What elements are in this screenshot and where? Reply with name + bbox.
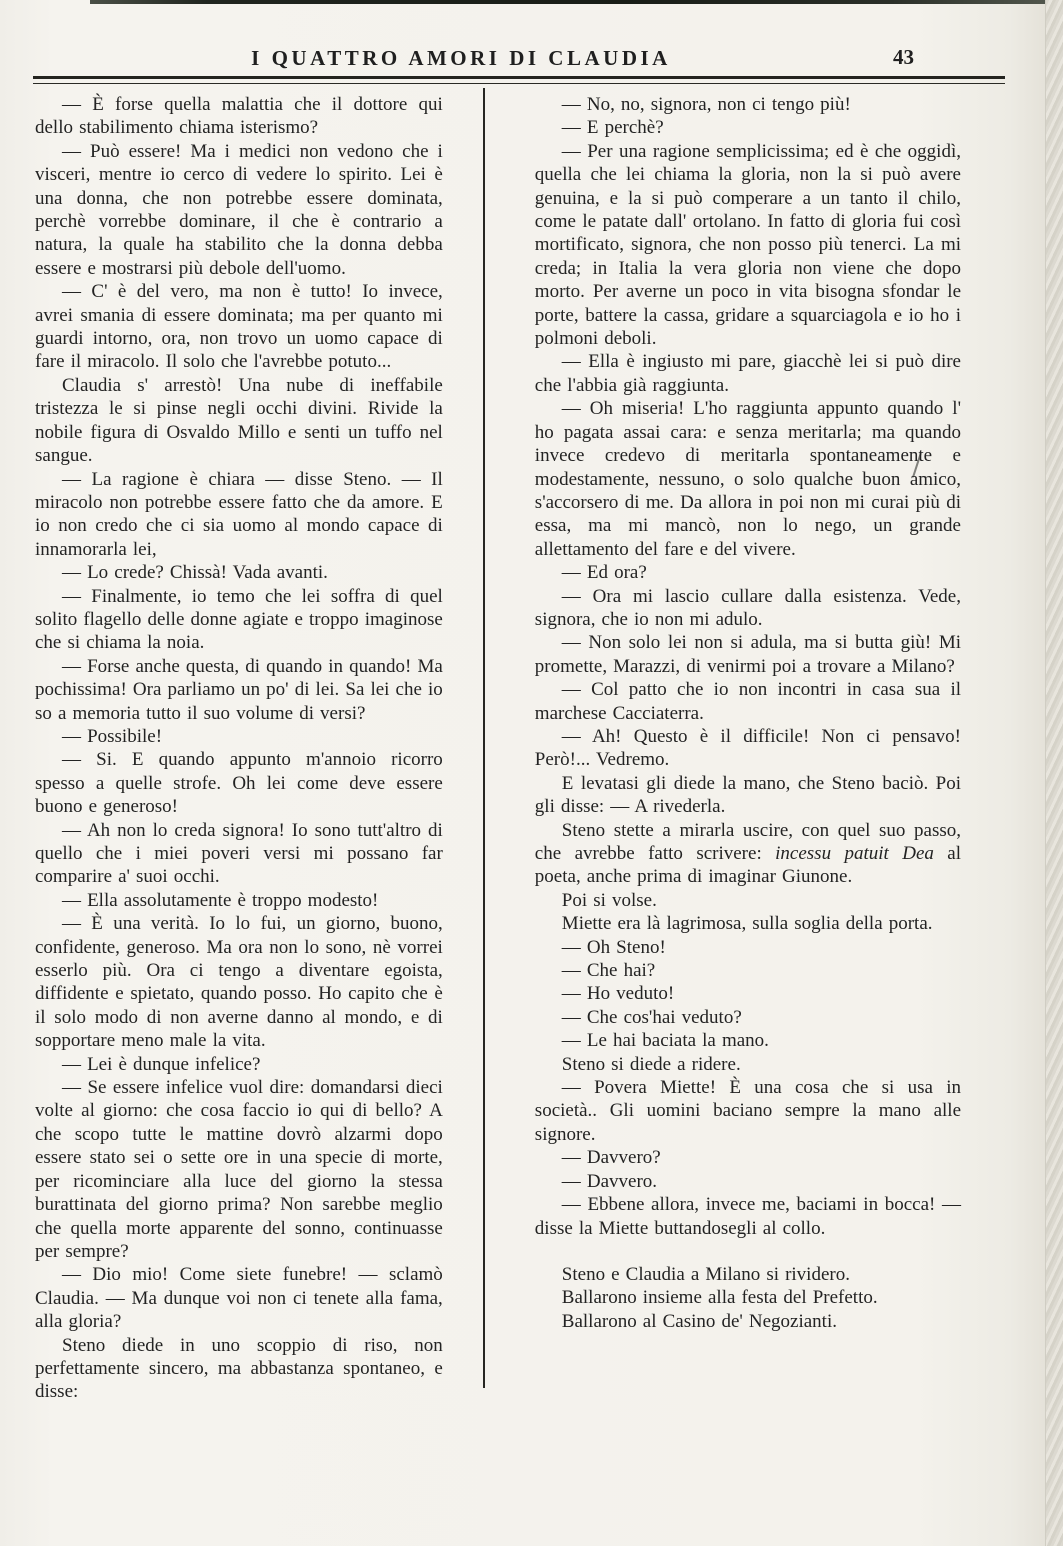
- paragraph: Ballarono insieme alla festa del Prefett…: [535, 1286, 961, 1309]
- page-number: 43: [893, 45, 914, 70]
- paragraph: — Possibile!: [35, 725, 443, 748]
- paragraph: E levatasi gli diede la mano, che Steno …: [535, 772, 961, 819]
- left-column: — È forse quella malattia che il dottore…: [35, 93, 443, 1404]
- paragraph: — Ho veduto!: [535, 982, 961, 1005]
- paragraph: — Ed ora?: [535, 561, 961, 584]
- paragraph: — Dio mio! Come siete funebre! — sclamò …: [35, 1263, 443, 1333]
- paragraph: — Lei è dunque infelice?: [35, 1053, 443, 1076]
- paragraph: — Le hai baciata la mano.: [535, 1029, 961, 1052]
- text-columns: — È forse quella malattia che il dottore…: [35, 93, 961, 1404]
- paragraph: — Se essere infelice vuol dire: domandar…: [35, 1076, 443, 1263]
- paragraph: — Per una ragione semplicissima; ed è ch…: [535, 140, 961, 351]
- paragraph: Steno si diede a ridere.: [535, 1053, 961, 1076]
- paragraph: — È una verità. Io lo fui, un giorno, bu…: [35, 912, 443, 1052]
- right-column: — No, no, signora, non ci tengo più!— E …: [535, 93, 961, 1333]
- paragraph: — Lo crede? Chissà! Vada avanti.: [35, 561, 443, 584]
- paragraph: — Oh Steno!: [535, 936, 961, 959]
- paragraph: — Che cos'hai veduto?: [535, 1006, 961, 1029]
- italic-phrase: incessu patuit Dea: [775, 843, 934, 864]
- paragraph: — Ella è ingiusto mi pare, giacchè lei s…: [535, 350, 961, 397]
- paragraph: Steno e Claudia a Milano si rividero.: [535, 1263, 961, 1286]
- paragraph: — Ah! Questo è il difficile! Non ci pens…: [535, 725, 961, 772]
- paragraph: Miette era là lagrimosa, sulla soglia de…: [535, 912, 961, 935]
- paragraph: — Ebbene allora, invece me, baciami in b…: [535, 1193, 961, 1240]
- running-title: I QUATTRO AMORI DI CLAUDIA: [251, 46, 671, 71]
- paragraph: — Povera Miette! È una cosa che si usa i…: [535, 1076, 961, 1146]
- paragraph: — No, no, signora, non ci tengo più!: [535, 93, 961, 116]
- paragraph: — E perchè?: [535, 116, 961, 139]
- paragraph: — Si. E quando appunto m'annoio ricorro …: [35, 748, 443, 818]
- paragraph: — Ah non lo creda signora! Io sono tutt'…: [35, 819, 443, 889]
- paragraph: — Oh miseria! L'ho raggiunta appunto qua…: [535, 397, 961, 561]
- paragraph: — È forse quella malattia che il dottore…: [35, 93, 443, 140]
- scan-top-edge-artifact: [90, 0, 1063, 4]
- paragraph: Claudia s' arrestò! Una nube di ineffabi…: [35, 374, 443, 468]
- paragraph: Steno diede in uno scoppio di riso, non …: [35, 1334, 443, 1404]
- paragraph: — Non solo lei non si adula, ma si butta…: [535, 631, 961, 678]
- paragraph: — La ragione è chiara — disse Steno. — I…: [35, 468, 443, 562]
- paragraph: — Può essere! Ma i medici non vedono che…: [35, 140, 443, 280]
- scan-right-edge-artifact: [1045, 0, 1063, 1546]
- paragraph: — Ora mi lascio cullare dalla esistenza.…: [535, 585, 961, 632]
- paragraph: — Col patto che io non incontri in casa …: [535, 678, 961, 725]
- book-page: I QUATTRO AMORI DI CLAUDIA 43 — È forse …: [0, 0, 1063, 1546]
- paragraph: — Ella assolutamente è troppo modesto!: [35, 889, 443, 912]
- paragraph: — Davvero.: [535, 1170, 961, 1193]
- paragraph: — Finalmente, io temo che lei soffra di …: [35, 585, 443, 655]
- paragraph: Ballarono al Casino de' Negozianti.: [535, 1310, 961, 1333]
- paragraph: — Forse anche questa, di quando in quand…: [35, 655, 443, 725]
- paragraph: Poi si volse.: [535, 889, 961, 912]
- paragraph: — C' è del vero, ma non è tutto! Io inve…: [35, 280, 443, 374]
- paragraph: — Davvero?: [535, 1146, 961, 1169]
- paragraph: Steno stette a mirarla uscire, con quel …: [535, 819, 961, 889]
- header-double-rule: [33, 76, 1005, 84]
- paragraph: — Che hai?: [535, 959, 961, 982]
